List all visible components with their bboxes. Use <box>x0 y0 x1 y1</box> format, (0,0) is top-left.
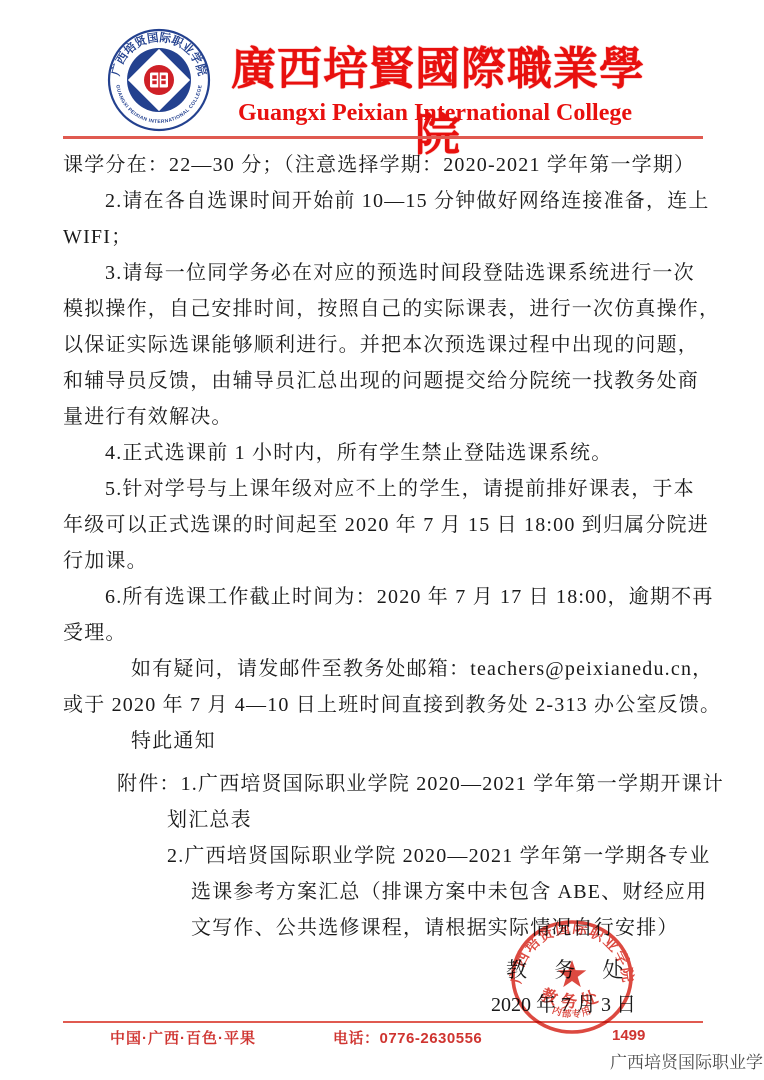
text-line: 年级可以正式选课的时间起至 2020 年 7 月 15 日 18:00 到归属分… <box>63 507 708 543</box>
footer-phone: 电话：0776-2630556 <box>333 1027 482 1048</box>
text-line: 2.广西培贤国际职业学院 2020—2021 学年第一学期各专业 <box>63 838 708 874</box>
text-line: 2.请在各自选课时间开始前 10—15 分钟做好网络连接准备，连上 <box>63 183 708 219</box>
text-line: 6.所有选课工作截止时间为：2020 年 7 月 17 日 18:00，逾期不再 <box>63 579 708 615</box>
svg-text:教务处: 教务处 <box>538 984 606 1011</box>
text-line: 课学分在：22—30 分；（注意选择学期：2020-2021 学年第一学期） <box>63 147 708 183</box>
text-line: 3.请每一位同学务必在对应的预选时间段登陆选课系统进行一次 <box>63 255 708 291</box>
official-seal-icon: 广西培贤国际职业学院 教务处 内部专用 <box>508 918 636 1038</box>
open-book-icon <box>150 73 168 88</box>
text-line: 受理。 <box>63 615 708 651</box>
text-line: 如有疑问，请发邮件至教务处邮箱：teachers@peixianedu.cn， <box>63 651 708 687</box>
college-title-cn: 廣西培賢國際職業學院 <box>212 36 664 102</box>
text-line: 或于 2020 年 7 月 4—10 日上班时间直接到教务处 2-313 办公室… <box>63 687 708 723</box>
text-line: 附件：1.广西培贤国际职业学院 2020—2021 学年第一学期开课计 <box>63 766 708 802</box>
text-line: 4.正式选课前 1 小时内，所有学生禁止登陆选课系统。 <box>63 435 708 471</box>
page-caption: 广西培贤国际职业学院 <box>610 1048 764 1073</box>
text-line: 以保证实际选课能够顺利进行。并把本次预选课过程中出现的问题， <box>63 327 708 363</box>
seal-star-icon <box>558 960 587 987</box>
text-line: 选课参考方案汇总（排课方案中未包含 ABE、财经应用 <box>63 874 708 910</box>
text-line: 特此通知 <box>63 723 708 759</box>
college-title-en: Guangxi Peixian International College <box>205 100 665 127</box>
text-line: 行加课。 <box>63 543 708 579</box>
text-line: 模拟操作，自己安排时间，按照自己的实际课表，进行一次仿真操作， <box>63 291 708 327</box>
text-line: 5.针对学号与上课年级对应不上的学生，请提前排好课表，于本 <box>63 471 708 507</box>
seal-center-text: 教务处 <box>538 984 606 1011</box>
footer-location: 中国·广西·百色·平果 <box>110 1027 256 1048</box>
college-logo-icon: 广西培贤国际职业学院 GUANGXI PEIXIAN INTERNATIONAL… <box>103 28 215 134</box>
text-line: WIFI； <box>63 219 708 255</box>
text-line: 量进行有效解决。 <box>63 399 708 435</box>
notice-body: 课学分在：22—30 分；（注意选择学期：2020-2021 学年第一学期）2.… <box>63 147 708 759</box>
text-line: 和辅导员反馈，由辅导员汇总出现的问题提交给分院统一找教务处商 <box>63 363 708 399</box>
header-rule <box>63 136 703 139</box>
text-line: 划汇总表 <box>63 802 708 838</box>
document-page: 广西培贤国际职业学院 GUANGXI PEIXIAN INTERNATIONAL… <box>0 0 764 1080</box>
